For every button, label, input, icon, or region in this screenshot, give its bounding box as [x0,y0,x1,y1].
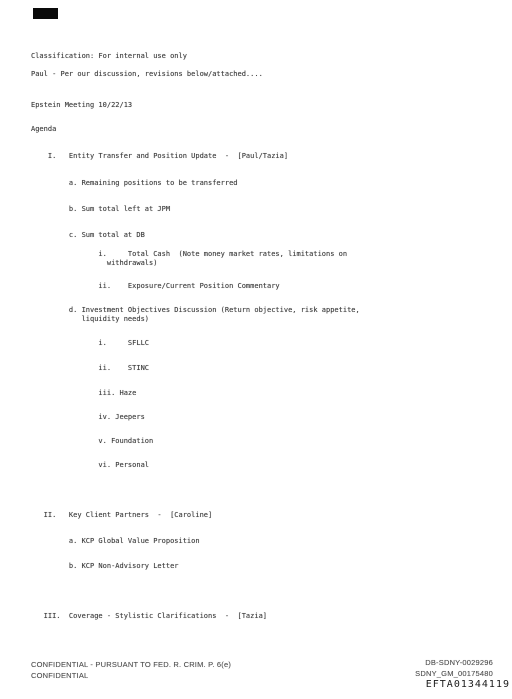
document-line: d. Investment Objectives Discussion (Ret… [31,306,360,315]
document-line: i. Total Cash (Note money market rates, … [31,250,360,259]
document-line: Classification: For internal use only [31,52,360,61]
document-line: ii. Exposure/Current Position Commentary [31,282,360,291]
document-line: withdrawals) [31,259,360,268]
document-line: v. Foundation [31,437,360,446]
document-line: iii. Haze [31,389,360,398]
bates-numbers: DB-SDNY-0029296 SDNY_GM_00175480 [415,658,493,679]
document-line: vi. Personal [31,461,360,470]
document-line: Paul - Per our discussion, revisions bel… [31,70,360,79]
confidentiality-line-1: CONFIDENTIAL - PURSUANT TO FED. R. CRIM.… [31,659,231,670]
efta-stamp: EFTA01344119 [426,679,510,690]
document-line: i. SFLLC [31,339,360,348]
bates-number-1: DB-SDNY-0029296 [415,658,493,669]
document-line: I. Entity Transfer and Position Update -… [31,152,360,161]
document-line: III. Coverage - Stylistic Clarifications… [31,612,360,621]
confidentiality-footer: CONFIDENTIAL - PURSUANT TO FED. R. CRIM.… [31,659,231,681]
document-line: Epstein Meeting 10/22/13 [31,101,360,110]
scanned-document-page: Classification: For internal use onlyPau… [0,0,512,699]
document-line: iv. Jeepers [31,413,360,422]
document-body: Classification: For internal use onlyPau… [31,52,360,621]
document-line: II. Key Client Partners - [Caroline] [31,511,360,520]
document-line: b. Sum total left at JPM [31,205,360,214]
document-line: ii. STINC [31,364,360,373]
document-line: liquidity needs) [31,315,360,324]
document-line: b. KCP Non-Advisory Letter [31,562,360,571]
document-line: a. Remaining positions to be transferred [31,179,360,188]
document-line: a. KCP Global Value Proposition [31,537,360,546]
redaction-mark [33,8,58,19]
bates-number-2: SDNY_GM_00175480 [415,669,493,680]
document-line: Agenda [31,125,360,134]
document-line: c. Sum total at DB [31,231,360,240]
confidentiality-line-2: CONFIDENTIAL [31,670,231,681]
